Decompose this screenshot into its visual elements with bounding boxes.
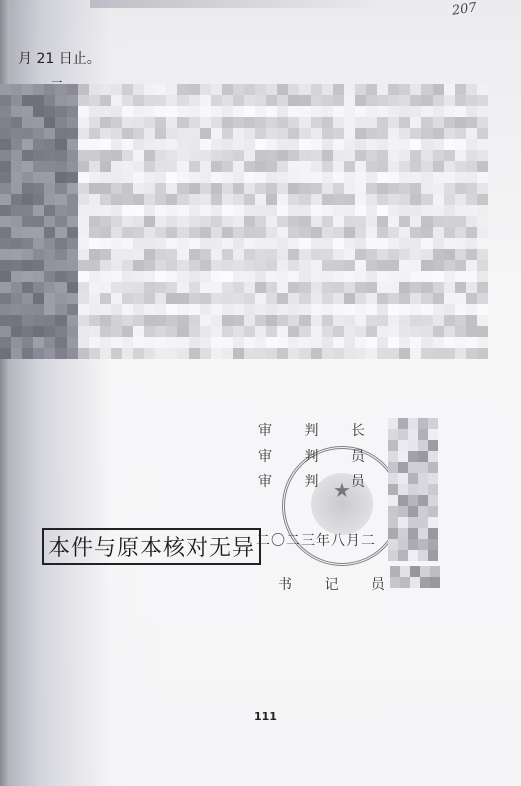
redacted-clerk-name (390, 566, 440, 588)
signature-role-clerk: 书 记 员 (278, 574, 399, 594)
redacted-judge-names (388, 418, 438, 561)
top-line-text: 月 21 日止。 (18, 48, 101, 68)
scanned-page: 207 月 21 日止。 二、 ★ 审 判 长 审 判 员 审 判 员 二〇二三… (0, 0, 521, 786)
handwritten-page-number: 207 (451, 0, 478, 18)
judgment-date: 二〇二三年八月二 (256, 530, 376, 550)
signature-role-judge-1: 审 判 员 (258, 446, 379, 466)
page-number: 111 (254, 710, 277, 723)
certification-stamp: 本件与原本核对无异 (42, 528, 261, 565)
top-shadow (90, 0, 390, 8)
redacted-body-text (0, 84, 488, 364)
signature-role-judge-2: 审 判 员 (258, 471, 379, 491)
signature-role-presiding-judge: 审 判 长 (258, 420, 379, 440)
